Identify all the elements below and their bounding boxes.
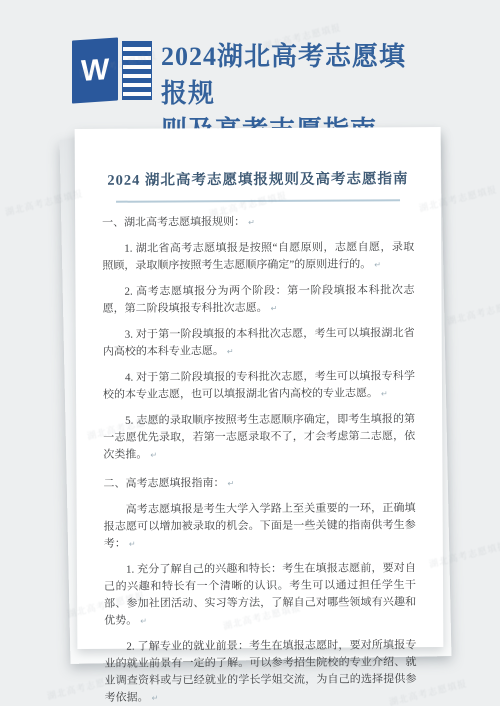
paragraph: 一、湖北高考志愿填报规则：↵ <box>102 213 414 232</box>
paragraph: 3. 对于第一阶段填报的本科批次志愿，考生可以填报湖北省内高校的本科专业志愿。↵ <box>103 325 415 361</box>
paragraph: 1. 湖北省高考志愿填报是按照“自愿原则，志愿自愿，录取照顾，录取顺序按照考生志… <box>102 239 414 275</box>
paragraph-mark-icon: ↵ <box>374 260 381 269</box>
title-underline <box>116 199 400 202</box>
paragraph-text: 2. 高考志愿填报分为两个阶段：第一阶段填报本科批次志愿，第二阶段填报专科批次志… <box>103 284 415 315</box>
paragraph-mark-icon: ↵ <box>227 479 234 488</box>
paragraph-text: 3. 对于第一阶段填报的本科批次志愿，考生可以填报湖北省内高校的本科专业志愿。 <box>103 327 415 358</box>
paragraph-mark-icon: ↵ <box>129 540 136 549</box>
paragraph-mark-icon: ↵ <box>140 617 147 626</box>
paragraph-text: 高考志愿填报是考生大学入学路上至关重要的一环，正确填报志愿可以增加被录取的机会。… <box>104 502 416 550</box>
paragraph-text: 4. 对于第二阶段填报的专科批次志愿，考生可以填报专科学校的本专业志愿，也可以填… <box>103 370 415 401</box>
paragraph-mark-icon: ↵ <box>381 389 388 398</box>
article-title-line1: 2024湖北高考志愿填报规 <box>161 38 421 112</box>
watermark: 湖北高考志愿填报 <box>446 296 500 328</box>
word-icon-w-flag: W <box>72 37 118 103</box>
paragraph: 高考志愿填报是考生大学入学路上至关重要的一环，正确填报志愿可以增加被录取的机会。… <box>104 500 416 553</box>
paragraph: 2. 高考志愿填报分为两个阶段：第一阶段填报本科批次志愿，第二阶段填报专科批次志… <box>102 282 414 318</box>
doc-paragraphs: 一、湖北高考志愿填报规则：↵1. 湖北省高考志愿填报是按照“自愿原则，志愿自愿，… <box>102 213 417 706</box>
word-icon-page-lines <box>122 41 152 100</box>
document-content: 2024 湖北高考志愿填报规则及高考志愿指南 一、湖北高考志愿填报规则：↵1. … <box>75 127 444 706</box>
paragraph: 4. 对于第二阶段填报的专科批次志愿，考生可以填报专科学校的本专业志愿，也可以填… <box>103 368 415 404</box>
page: W 2024湖北高考志愿填报规 则及高考志愿指南 2024 湖北高考志愿填报规则… <box>0 0 500 706</box>
word-icon-letter: W <box>81 55 109 87</box>
word-document-icon: W <box>72 36 150 106</box>
paragraph: 5. 志愿的录取顺序按照考生志愿顺序确定，即考生填报的第一志愿优先录取，若第一志… <box>103 411 415 464</box>
paragraph: 2. 了解专业的就业前景：考生在填报志愿时，要对所填报专业的就业前景有一定的了解… <box>104 637 416 706</box>
paragraph-text: 二、高考志愿填报指南： <box>103 477 224 490</box>
paragraph-mark-icon: ↵ <box>248 218 255 227</box>
paragraph-text: 1. 充分了解自己的兴趣和特长：考生在填报志愿前，要对自己的兴趣和特长有一个清晰… <box>104 562 416 627</box>
paragraph-text: 1. 湖北省高考志愿填报是按照“自愿原则，志愿自愿，录取照顾，录取顺序按照考生志… <box>102 241 414 272</box>
paragraph-mark-icon: ↵ <box>150 451 157 460</box>
paragraph: 1. 充分了解自己的兴趣和特长：考生在填报志愿前，要对自己的兴趣和特长有一个清晰… <box>104 560 416 630</box>
paragraph: 二、高考志愿填报指南：↵ <box>103 474 415 493</box>
paragraph-mark-icon: ↵ <box>152 694 159 703</box>
paragraph-mark-icon: ↵ <box>271 304 278 313</box>
document-title: 2024 湖北高考志愿填报规则及高考志愿指南 <box>102 167 414 190</box>
header: W 2024湖北高考志愿填报规 则及高考志愿指南 <box>0 0 500 128</box>
paragraph-text: 一、湖北高考志愿填报规则： <box>102 216 245 229</box>
paper-front-sheet: 2024 湖北高考志愿填报规则及高考志愿指南 一、湖北高考志愿填报规则：↵1. … <box>75 127 444 649</box>
paragraph-mark-icon: ↵ <box>227 347 234 356</box>
